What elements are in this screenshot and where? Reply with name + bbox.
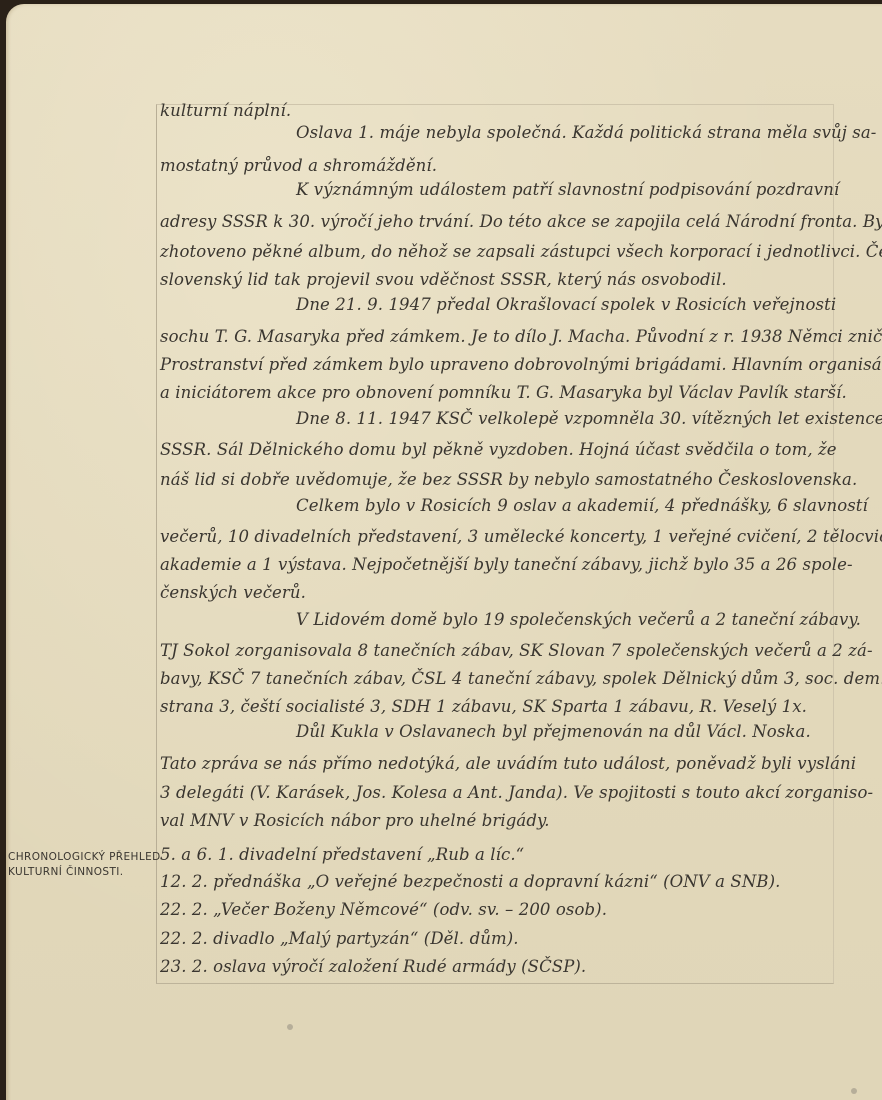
text-line: adresy SSSR k 30. výročí jeho trvání. Do… (160, 212, 882, 231)
text-line: K význámným událostem patří slavnostní p… (296, 180, 839, 199)
text-line: akademie a 1 výstava. Nejpočetnější byly… (160, 555, 853, 574)
text-line: SSSR. Sál Dělnického domu byl pěkně vyzd… (160, 440, 837, 459)
margin-note-subtitle: kulturní činnosti. (8, 866, 124, 878)
text-line: Dne 8. 11. 1947 KSČ velkolepě vzpomněla … (296, 409, 882, 428)
text-line: čenských večerů. (160, 583, 306, 602)
text-line: sochu T. G. Masaryka před zámkem. Je to … (160, 327, 882, 346)
text-line: večerů, 10 divadelních představení, 3 um… (160, 527, 882, 546)
paper-speck (287, 1024, 293, 1030)
text-line: zhotoveno pěkné album, do něhož se zapsa… (160, 242, 882, 261)
text-line: náš lid si dobře uvědomuje, že bez SSSR … (160, 470, 857, 489)
chronology-entry: 22. 2. divadlo „Malý partyzán“ (Děl. dům… (160, 929, 519, 948)
text-line: V Lidovém domě bylo 19 společenských več… (296, 610, 861, 629)
text-line: TJ Sokol zorganisovala 8 tanečních zábav… (160, 641, 873, 660)
text-line: Oslava 1. máje nebyla společná. Každá po… (296, 123, 876, 142)
text-line: mostatný průvod a shromáždění. (160, 156, 437, 175)
chronology-entry: 5. a 6. 1. divadelní představení „Rub a … (160, 845, 524, 864)
text-line: a iniciátorem akce pro obnovení pomníku … (160, 383, 847, 402)
text-line: Důl Kukla v Oslavanech byl přejmenován n… (296, 722, 811, 741)
chronology-entry: 23. 2. oslava výročí založení Rudé armád… (160, 957, 586, 976)
text-line: Prostranství před zámkem bylo upraveno d… (160, 355, 882, 374)
text-line: slovenský lid tak projevil svou vděčnost… (160, 270, 727, 289)
text-line: bavy, KSČ 7 tanečních zábav, ČSL 4 taneč… (160, 669, 882, 688)
text-line: strana 3, čeští socialisté 3, SDH 1 zába… (160, 697, 807, 716)
text-line: kulturní náplní. (160, 101, 291, 120)
text-line: Celkem bylo v Rosicích 9 oslav a akademi… (296, 496, 868, 515)
text-line: Tato zpráva se nás přímo nedotýká, ale u… (160, 754, 856, 773)
text-line: Dne 21. 9. 1947 předal Okrašlovací spole… (296, 295, 836, 314)
paper-speck (851, 1088, 857, 1094)
text-line: val MNV v Rosicích nábor pro uhelné brig… (160, 811, 550, 830)
chronology-entry: 22. 2. „Večer Boženy Němcové“ (odv. sv. … (160, 900, 607, 919)
chronology-entry: 12. 2. přednáška „O veřejné bezpečnosti … (160, 872, 780, 891)
text-line: 3 delegáti (V. Karásek, Jos. Kolesa a An… (160, 783, 873, 802)
margin-note-title: Chronologický přehled (8, 851, 161, 863)
